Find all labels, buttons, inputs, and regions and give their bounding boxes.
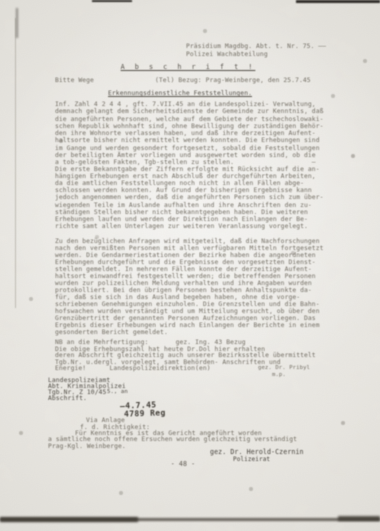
paper-specks — [0, 0, 2, 2]
document-line: demnach gelangt dem Sicherheitsdienste d… — [55, 109, 323, 115]
stamp-note: 5., an — [107, 390, 128, 396]
document-line: jedoch angenommen werden, daß die angefü… — [55, 195, 323, 201]
document-line: Präsidium Magdbg. Abt. t. Nr. 75. —— — [186, 44, 326, 50]
document-line: Abschrift. — [48, 396, 87, 402]
scanned-document-page: A b s c h r i f t ! Bitte Wege (Tel) Bez… — [0, 0, 380, 531]
document-line: nach den vermißten Personen mit allen ve… — [55, 246, 323, 252]
scan-edge-shadow — [0, 517, 138, 522]
paper-fold-line — [15, 18, 16, 308]
scan-edge-mark — [92, 0, 132, 2]
document-heading: A b s c h r i f t ! — [88, 64, 288, 71]
document-line: wurden zur polizeilichen Meldung verhalt… — [55, 281, 312, 287]
document-line: schriebenen Genehmigungen einzuholen. Di… — [55, 302, 320, 308]
document-line: Die erste Bekanntgabe der Ziffern erfolg… — [55, 167, 320, 173]
document-line: haltsorte bisher nicht ermittelt werden … — [55, 138, 320, 144]
document-line: m.p. — [272, 373, 286, 379]
document-line: die angeführten Personen, welche auf dem… — [55, 117, 323, 123]
subject-line: Erkennungsdienstliche Feststellungen. — [95, 91, 265, 97]
document-line: Grenzübertritt der genannten Personen Au… — [55, 316, 316, 322]
document-line: gesonderten Bericht gemeldet. — [55, 330, 168, 336]
document-line: hofswachen wurden verständigt und um Mit… — [55, 309, 320, 315]
document-line: richte samt allen Unterlagen zur weitere… — [55, 224, 308, 230]
document-line: im Gange und werden gesondert fortgesetz… — [55, 146, 320, 152]
signature-name: gez. Dr. Herold-Czernin — [210, 449, 304, 456]
document-line: 4789 Reg — [124, 409, 166, 418]
scan-edge-shadow — [338, 516, 380, 521]
document-line: stellen gemeldet. In mehreren Fällen kon… — [55, 267, 312, 273]
document-line: Ergebnis dieser Erhebungen wird nach Ein… — [55, 323, 320, 329]
scan-edge-mark — [16, 8, 18, 38]
page-number: - 48 - — [158, 461, 208, 468]
document-line: Erhebungen durchgeführt und die Ergebnis… — [55, 260, 316, 266]
document-line: Zu den bezüglichen Anfragen wird mitgete… — [55, 239, 320, 245]
document-line: Prag-Kgl. Weinberge. — [48, 444, 126, 450]
document-line: Energie! Landespolizeidirektion(en) — [55, 366, 211, 372]
document-line: wiegenden Teile im Auslande aufhalten un… — [55, 203, 312, 209]
signature-title: Polizeirat — [233, 457, 270, 463]
document-line: haltsort einwandfrei festgestellt werden… — [55, 274, 316, 280]
scan-edge-mark — [296, 0, 380, 3]
document-line: protokolliert. Bei den übrigen Personen … — [55, 288, 312, 294]
document-line: für, daß sie sich in das Ausland begeben… — [55, 295, 300, 301]
document-line: Polizei Wachabteilung — [186, 52, 268, 58]
document-line: werden. Die Gendarmeriestationen der Bez… — [55, 253, 316, 259]
document-line: gez. Dr. Pribyl — [258, 366, 310, 372]
ref-note-left: Bitte Wege — [55, 78, 94, 84]
ref-line-right: (Tel) Bezug: Prag-Weinberge, den 25.7.45 — [155, 78, 311, 84]
